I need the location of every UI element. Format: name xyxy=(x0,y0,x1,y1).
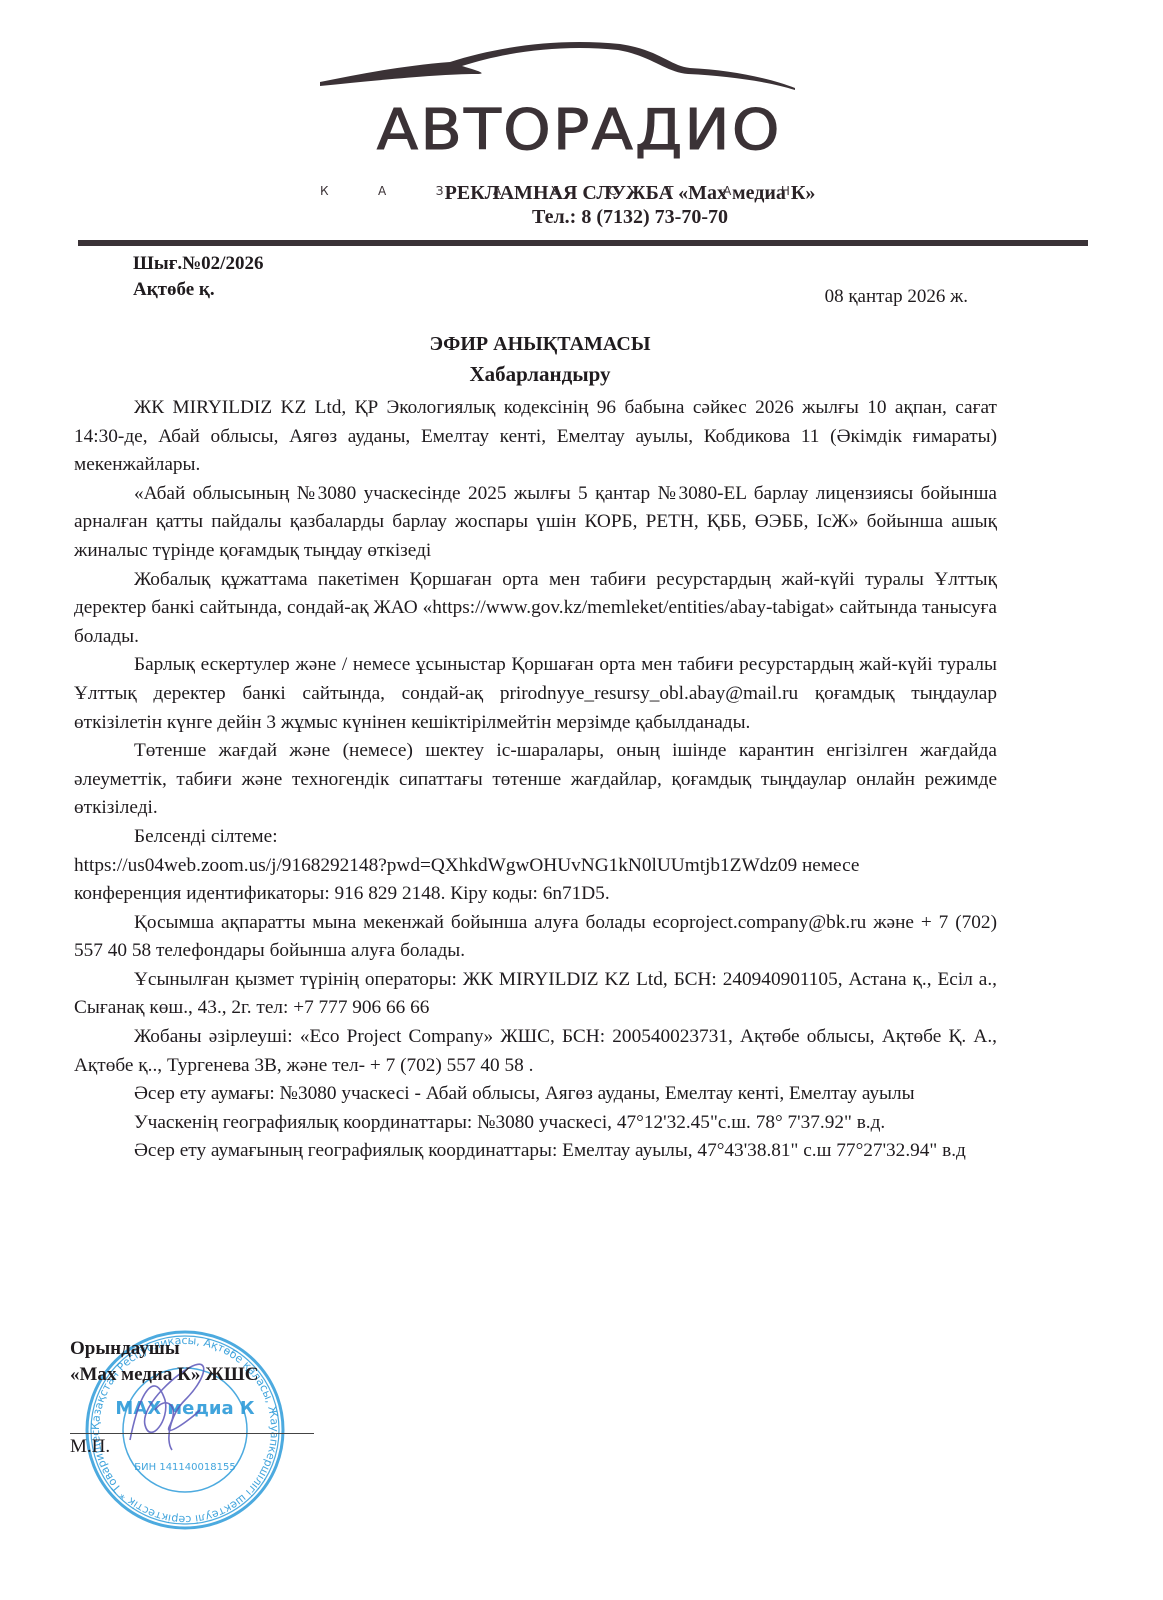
document-subtitle: Хабарландыру xyxy=(0,362,1080,387)
paragraph-comments: Барлық ескертулер және / немесе ұсыныста… xyxy=(74,651,997,737)
paragraph-emergency: Төтенше жағдай және (немесе) шектеу іс-ш… xyxy=(74,737,997,823)
paragraph-hearing-info: ЖК MIRYILDIZ KZ Ltd, ҚР Экологиялық коде… xyxy=(74,394,997,480)
paragraph-documents: Жобалық құжаттама пакетімен Қоршаған орт… xyxy=(74,566,997,652)
avtoradio-logo: АВТОРАДИО КАЗАХСТАН xyxy=(300,36,800,176)
paragraph-impact-area: Әсер ету аумағы: №3080 учаскесі - Абай о… xyxy=(74,1080,997,1109)
header-divider xyxy=(78,240,1088,246)
signature-line xyxy=(70,1433,314,1434)
seal-mark: М.П. xyxy=(70,1436,110,1458)
document-body: ЖК MIRYILDIZ KZ Ltd, ҚР Экологиялық коде… xyxy=(74,394,997,1166)
brand-subtitle-letter: К xyxy=(320,184,329,198)
city: Ақтөбе қ. xyxy=(133,279,215,301)
paragraph-additional-info: Қосымша ақпаратты мына мекенжай бойынша … xyxy=(74,909,997,966)
paragraph-operator: Ұсынылған қызмет түрінің операторы: ЖК M… xyxy=(74,966,997,1023)
paragraph-developer: Жобаны әзірлеуші: «Eco Project Company» … xyxy=(74,1023,997,1080)
brand-wordmark: АВТОРАДИО xyxy=(320,98,838,163)
car-silhouette-icon xyxy=(300,36,800,106)
signer-block: Орындаушы «Max медиа К» ЖШС xyxy=(70,1336,259,1388)
zoom-link-line: https://us04web.zoom.us/j/9168292148?pwd… xyxy=(74,852,997,881)
ad-service-name: РЕКЛАМНАЯ СЛУЖБА «Max медиа К» xyxy=(420,181,840,205)
paragraph-active-link-label: Белсенді сілтеме: xyxy=(74,823,997,852)
document-title: ЭФИР АНЫҚТАМАСЫ xyxy=(0,333,1080,356)
paragraph-hearing-subject: «Абай облысының №3080 учаскесінде 2025 ж… xyxy=(74,480,997,566)
paragraph-impact-coordinates: Әсер ету аумағының географиялық координа… xyxy=(74,1137,997,1166)
outgoing-number: Шығ.№02/2026 xyxy=(133,253,263,275)
document-date: 08 қантар 2026 ж. xyxy=(825,286,968,308)
signer-role: Орындаушы xyxy=(70,1336,259,1362)
signer-company: «Max медиа К» ЖШС xyxy=(70,1362,259,1388)
paragraph-site-coordinates: Учаскенің географиялық координаттары: №3… xyxy=(74,1109,997,1138)
ad-service-phone: Тел.: 8 (7132) 73-70-70 xyxy=(420,205,840,229)
zoom-link-suffix: немесе xyxy=(797,855,859,876)
zoom-link[interactable]: https://us04web.zoom.us/j/9168292148?pwd… xyxy=(74,855,797,876)
brand-subtitle-letter: А xyxy=(378,184,386,198)
svg-text:БИН 141140018155: БИН 141140018155 xyxy=(134,1462,235,1473)
conference-id-line: конференция идентификаторы: 916 829 2148… xyxy=(74,880,997,909)
